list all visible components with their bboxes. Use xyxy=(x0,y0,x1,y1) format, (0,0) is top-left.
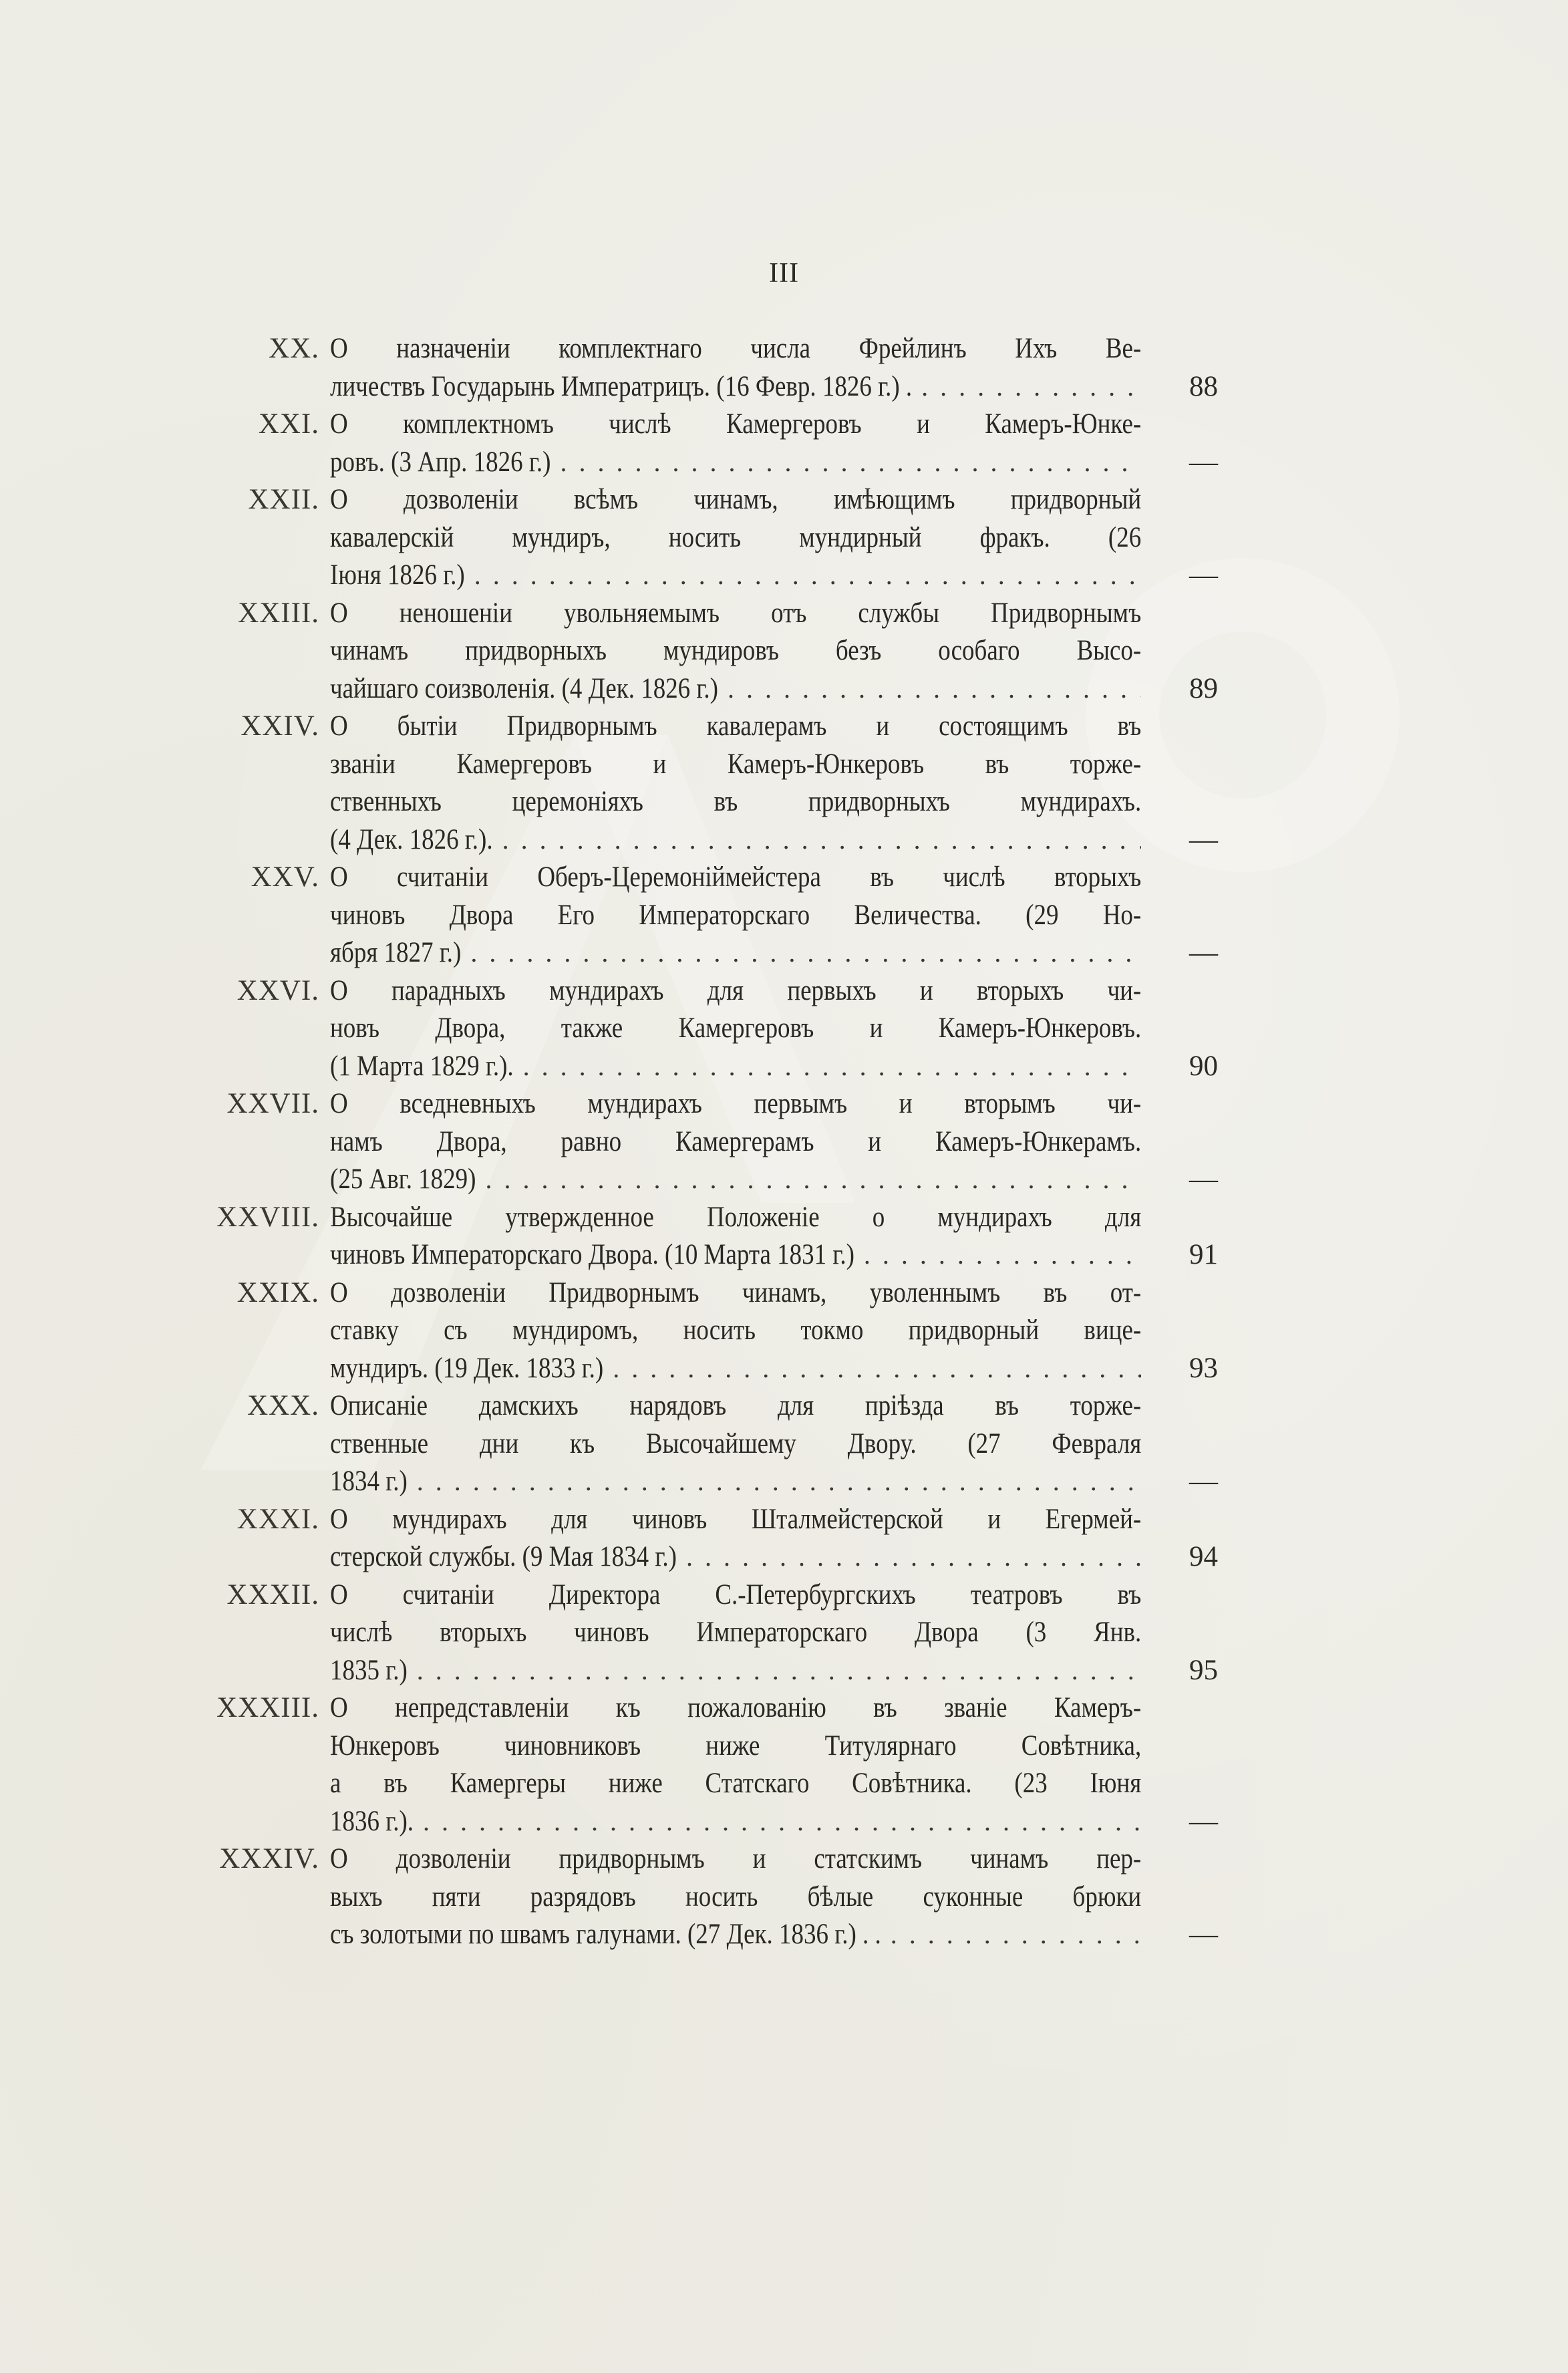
dot-leader: ..................................... xyxy=(474,557,1141,595)
toc-entry: XXXIII.О непредставленіи къ пожалованію … xyxy=(0,1689,1568,1840)
entry-title-line: О назначеніи комплектнаго числа Фрейлинъ… xyxy=(330,330,1141,368)
entry-title-line: О мундирахъ для чиновъ Шталмейстерской и… xyxy=(330,1501,1141,1539)
entry-title-line: Юнкеровъ чиновниковъ ниже Титулярнаго Со… xyxy=(330,1727,1141,1766)
entry-title-text: Описаніе дамскихъ нарядовъ для пріѣзда в… xyxy=(330,1387,1141,1425)
entry-page-number: 88 xyxy=(1189,368,1243,406)
entry-title-text: ровъ. (3 Апр. 1826 г.) xyxy=(330,444,551,482)
entry-title-text: стерской службы. (9 Мая 1834 г.) xyxy=(330,1538,677,1576)
dot-leader: ........................................ xyxy=(417,1652,1141,1690)
toc-entry: XXVI.О парадныхъ мундирахъ для первыхъ и… xyxy=(0,972,1568,1086)
entry-title-last-line: стерской службы. (9 Мая 1834 г.)........… xyxy=(330,1538,1141,1576)
entry-page-number: 89 xyxy=(1189,670,1243,708)
toc-entry: XXIII.О неношеніи увольняемымъ отъ служб… xyxy=(0,595,1568,708)
entry-title: Высочайше утвержденное Положеніе о мунди… xyxy=(330,1199,1141,1274)
entry-title-line: чинамъ придворныхъ мундировъ безъ особаг… xyxy=(330,632,1141,670)
entry-title-text: О дозволеніи придворнымъ и статскимъ чин… xyxy=(330,1840,1141,1878)
entry-page-number: — xyxy=(1189,1463,1243,1501)
book-page: III XX.О назначеніи комплектнаго числа Ф… xyxy=(0,0,1568,2373)
entry-title-last-line: (25 Авг. 1829)..........................… xyxy=(330,1161,1141,1199)
entry-title-text: мундиръ. (19 Дек. 1833 г.) xyxy=(330,1350,603,1388)
entry-title-line: О парадныхъ мундирахъ для первыхъ и втор… xyxy=(330,972,1141,1010)
toc-entry: XXIX.О дозволеніи Придворнымъ чинамъ, ув… xyxy=(0,1274,1568,1388)
entry-page-number: — xyxy=(1189,1161,1243,1199)
entry-numeral: XXV. xyxy=(0,859,319,897)
entry-numeral: XXII. xyxy=(0,481,319,519)
entry-title-text: (4 Дек. 1826 г.). xyxy=(330,821,493,859)
entry-title-text: а въ Камергеры ниже Статскаго Совѣтника.… xyxy=(330,1765,1141,1803)
entry-title-text: выхъ пяти разрядовъ носить бѣлые суконны… xyxy=(330,1878,1141,1917)
entry-title-text: (1 Марта 1829 г.). xyxy=(330,1048,514,1086)
entry-title-text: О вседневныхъ мундирахъ первымъ и вторым… xyxy=(330,1085,1141,1123)
entry-numeral: XXX. xyxy=(0,1387,319,1425)
dot-leader: ..................................... xyxy=(485,1161,1141,1199)
dot-leader: ................................... xyxy=(523,1048,1141,1086)
entry-title-last-line: Іюня 1826 г.)...........................… xyxy=(330,557,1141,595)
entry-title-line: О дозволеніи всѣмъ чинамъ, имѣющимъ прид… xyxy=(330,481,1141,519)
entry-title-text: О мундирахъ для чиновъ Шталмейстерской и… xyxy=(330,1501,1141,1539)
entry-title-text: О дозволеніи Придворнымъ чинамъ, уволенн… xyxy=(330,1274,1141,1312)
entry-title-line: ственные дни къ Высочайшему Двору. (27 Ф… xyxy=(330,1425,1141,1463)
toc-entry: XXXIV.О дозволеніи придворнымъ и статски… xyxy=(0,1840,1568,1954)
entry-page-number: — xyxy=(1189,1916,1243,1954)
entry-numeral: XXVI. xyxy=(0,972,319,1010)
entry-title-text: Юнкеровъ чиновниковъ ниже Титулярнаго Со… xyxy=(330,1727,1141,1766)
entry-title-text: (25 Авг. 1829) xyxy=(330,1161,476,1199)
entry-title-text: чиновъ Императорскаго Двора. (10 Марта 1… xyxy=(330,1236,854,1274)
entry-title-line: чиновъ Двора Его Императорскаго Величест… xyxy=(330,897,1141,935)
entry-title-text: О неношеніи увольняемымъ отъ службы Прид… xyxy=(330,595,1141,633)
entry-title-line: ставку съ мундиромъ, носить токмо придво… xyxy=(330,1312,1141,1350)
toc-entry: XX.О назначеніи комплектнаго числа Фрейл… xyxy=(0,330,1568,406)
entry-title-text: О непредставленіи къ пожалованію въ зван… xyxy=(330,1689,1141,1727)
entry-title-text: кавалерскій мундиръ, носить мундирный фр… xyxy=(330,519,1141,557)
entry-title-text: О парадныхъ мундирахъ для первыхъ и втор… xyxy=(330,972,1141,1010)
entry-title: О непредставленіи къ пожалованію въ зван… xyxy=(330,1689,1141,1840)
entry-title-last-line: ровъ. (3 Апр. 1826 г.)..................… xyxy=(330,444,1141,482)
entry-title: О бытіи Придворнымъ кавалерамъ и состоящ… xyxy=(330,708,1141,859)
entry-page-number: — xyxy=(1189,1803,1243,1841)
entry-title-line: О дозволеніи Придворнымъ чинамъ, уволенн… xyxy=(330,1274,1141,1312)
entry-title-text: О комплектномъ числѣ Камергеровъ и Камер… xyxy=(330,406,1141,444)
entry-title-line: намъ Двора, равно Камергерамъ и Камеръ-Ю… xyxy=(330,1123,1141,1161)
entry-title-text: ября 1827 г.) xyxy=(330,934,461,972)
table-of-contents: XX.О назначеніи комплектнаго числа Фрейл… xyxy=(0,330,1568,1954)
entry-title-text: ставку съ мундиромъ, носить токмо придво… xyxy=(330,1312,1141,1350)
entry-numeral: XXVII. xyxy=(0,1085,319,1123)
entry-title-text: Высочайше утвержденное Положеніе о мунди… xyxy=(330,1199,1141,1237)
entry-numeral: XXVIII. xyxy=(0,1199,319,1237)
entry-title-line: О комплектномъ числѣ Камергеровъ и Камер… xyxy=(330,406,1141,444)
toc-entry: XXXII.О считаніи Директора С.-Петербургс… xyxy=(0,1576,1568,1690)
dot-leader: .................................... xyxy=(502,821,1141,859)
entry-title-text: О считаніи Оберъ-Церемоніймейстера въ чи… xyxy=(330,859,1141,897)
entry-title-line: О считаніи Оберъ-Церемоніймейстера въ чи… xyxy=(330,859,1141,897)
entry-numeral: XXXI. xyxy=(0,1501,319,1539)
entry-title: О комплектномъ числѣ Камергеровъ и Камер… xyxy=(330,406,1141,481)
entry-title-line: ственныхъ церемоніяхъ въ придворныхъ мун… xyxy=(330,783,1141,821)
toc-entry: XXVIII.Высочайше утвержденное Положеніе … xyxy=(0,1199,1568,1274)
entry-title-text: ственные дни къ Высочайшему Двору. (27 Ф… xyxy=(330,1425,1141,1463)
entry-title: О мундирахъ для чиновъ Шталмейстерской и… xyxy=(330,1501,1141,1576)
entry-numeral: XX. xyxy=(0,330,319,368)
entry-title: О дозволеніи придворнымъ и статскимъ чин… xyxy=(330,1840,1141,1954)
entry-title-last-line: 1836 г.)................................… xyxy=(330,1803,1141,1841)
dot-leader: ........................................ xyxy=(417,1463,1141,1501)
entry-title: О считаніи Оберъ-Церемоніймейстера въ чи… xyxy=(330,859,1141,972)
entry-title: О считаніи Директора С.-Петербургскихъ т… xyxy=(330,1576,1141,1690)
entry-numeral: XXXII. xyxy=(0,1576,319,1615)
entry-title-text: чайшаго соизволенія. (4 Дек. 1826 г.) xyxy=(330,670,718,708)
dot-leader: ............... xyxy=(891,1916,1141,1954)
entry-title-text: О считаніи Директора С.-Петербургскихъ т… xyxy=(330,1576,1141,1615)
entry-page-number: 93 xyxy=(1189,1350,1243,1388)
entry-title-last-line: (1 Марта 1829 г.).......................… xyxy=(330,1048,1141,1086)
entry-numeral: XXI. xyxy=(0,406,319,444)
entry-title-text: званіи Камергеровъ и Камеръ-Юнкеровъ въ … xyxy=(330,746,1141,784)
entry-title-text: личествъ Государынь Императрицъ. (16 Фев… xyxy=(330,368,912,406)
entry-title-last-line: 1834 г.)................................… xyxy=(330,1463,1141,1501)
entry-title-last-line: съ золотыми по швамъ галунами. (27 Дек. … xyxy=(330,1916,1141,1954)
entry-title-text: числѣ вторыхъ чиновъ Императорскаго Двор… xyxy=(330,1614,1141,1652)
entry-title-last-line: мундиръ. (19 Дек. 1833 г.)..............… xyxy=(330,1350,1141,1388)
entry-title-last-line: чиновъ Императорскаго Двора. (10 Марта 1… xyxy=(330,1236,1141,1274)
dot-leader: .......................... xyxy=(686,1538,1141,1576)
entry-page-number: — xyxy=(1189,557,1243,595)
toc-entry: XXVII.О вседневныхъ мундирахъ первымъ и … xyxy=(0,1085,1568,1199)
entry-page-number: — xyxy=(1189,934,1243,972)
toc-entry: XXII.О дозволеніи всѣмъ чинамъ, имѣющимъ… xyxy=(0,481,1568,595)
entry-title: О дозволеніи Придворнымъ чинамъ, уволенн… xyxy=(330,1274,1141,1388)
entry-title-line: числѣ вторыхъ чиновъ Императорскаго Двор… xyxy=(330,1614,1141,1652)
toc-entry: XXXI.О мундирахъ для чиновъ Шталмейстерс… xyxy=(0,1501,1568,1576)
entry-title-line: званіи Камергеровъ и Камеръ-Юнкеровъ въ … xyxy=(330,746,1141,784)
entry-title-text: намъ Двора, равно Камергерамъ и Камеръ-Ю… xyxy=(330,1123,1141,1161)
entry-title-last-line: личествъ Государынь Императрицъ. (16 Фев… xyxy=(330,368,1141,406)
entry-title-line: О неношеніи увольняемымъ отъ службы Прид… xyxy=(330,595,1141,633)
entry-title-text: 1836 г.). xyxy=(330,1803,414,1841)
dot-leader: ..................................... xyxy=(470,934,1141,972)
entry-page-number: 90 xyxy=(1189,1048,1243,1086)
entry-title-text: О бытіи Придворнымъ кавалерамъ и состоящ… xyxy=(330,708,1141,746)
entry-title-text: 1835 г.) xyxy=(330,1652,408,1690)
entry-title: О неношеніи увольняемымъ отъ службы Прид… xyxy=(330,595,1141,708)
toc-entry: XXIV.О бытіи Придворнымъ кавалерамъ и со… xyxy=(0,708,1568,859)
entry-page-number: — xyxy=(1189,821,1243,859)
entry-title-line: О считаніи Директора С.-Петербургскихъ т… xyxy=(330,1576,1141,1615)
entry-title-line: новъ Двора, также Камергеровъ и Камеръ-Ю… xyxy=(330,1010,1141,1048)
dot-leader: ........................................ xyxy=(423,1803,1141,1841)
entry-numeral: XXIX. xyxy=(0,1274,319,1312)
entry-title-line: а въ Камергеры ниже Статскаго Совѣтника.… xyxy=(330,1765,1141,1803)
entry-page-number: — xyxy=(1189,444,1243,482)
entry-title-line: кавалерскій мундиръ, носить мундирный фр… xyxy=(330,519,1141,557)
entry-title-line: выхъ пяти разрядовъ носить бѣлые суконны… xyxy=(330,1878,1141,1917)
entry-numeral: XXIV. xyxy=(0,708,319,746)
dot-leader: ............. xyxy=(921,368,1141,406)
entry-title: О парадныхъ мундирахъ для первыхъ и втор… xyxy=(330,972,1141,1086)
entry-title-text: съ золотыми по швамъ галунами. (27 Дек. … xyxy=(330,1916,881,1954)
entry-title: О назначеніи комплектнаго числа Фрейлинъ… xyxy=(330,330,1141,406)
toc-entry: XXI.О комплектномъ числѣ Камергеровъ и К… xyxy=(0,406,1568,481)
entry-numeral: XXXIV. xyxy=(0,1840,319,1878)
entry-title-text: 1834 г.) xyxy=(330,1463,408,1501)
entry-numeral: XXIII. xyxy=(0,595,319,633)
entry-title-text: О назначеніи комплектнаго числа Фрейлинъ… xyxy=(330,330,1141,368)
entry-title-line: О вседневныхъ мундирахъ первымъ и вторым… xyxy=(330,1085,1141,1123)
entry-title-text: чинамъ придворныхъ мундировъ безъ особаг… xyxy=(330,632,1141,670)
entry-page-number: 91 xyxy=(1189,1236,1243,1274)
entry-title: О дозволеніи всѣмъ чинамъ, имѣющимъ прид… xyxy=(330,481,1141,595)
entry-title-text: Іюня 1826 г.) xyxy=(330,557,465,595)
entry-title: О вседневныхъ мундирахъ первымъ и вторым… xyxy=(330,1085,1141,1199)
running-head-page-number: III xyxy=(0,257,1568,289)
entry-title-text: чиновъ Двора Его Императорскаго Величест… xyxy=(330,897,1141,935)
dot-leader: ........................ xyxy=(728,670,1141,708)
entry-title-last-line: 1835 г.)................................… xyxy=(330,1652,1141,1690)
dot-leader: .............................. xyxy=(613,1350,1141,1388)
entry-page-number: 94 xyxy=(1189,1538,1243,1576)
dot-leader: ................................. xyxy=(560,444,1141,482)
entry-title-line: О бытіи Придворнымъ кавалерамъ и состоящ… xyxy=(330,708,1141,746)
entry-title-line: О дозволеніи придворнымъ и статскимъ чин… xyxy=(330,1840,1141,1878)
toc-entry: XXV.О считаніи Оберъ-Церемоніймейстера в… xyxy=(0,859,1568,972)
dot-leader: ................ xyxy=(864,1236,1141,1274)
entry-title-text: О дозволеніи всѣмъ чинамъ, имѣющимъ прид… xyxy=(330,481,1141,519)
entry-title-line: О непредставленіи къ пожалованію въ зван… xyxy=(330,1689,1141,1727)
entry-title-last-line: ября 1827 г.)...........................… xyxy=(330,934,1141,972)
entry-numeral: XXXIII. xyxy=(0,1689,319,1727)
entry-title-line: Описаніе дамскихъ нарядовъ для пріѣзда в… xyxy=(330,1387,1141,1425)
entry-title-line: Высочайше утвержденное Положеніе о мунди… xyxy=(330,1199,1141,1237)
entry-page-number: 95 xyxy=(1189,1652,1243,1690)
entry-title-last-line: (4 Дек. 1826 г.)........................… xyxy=(330,821,1141,859)
entry-title-text: ственныхъ церемоніяхъ въ придворныхъ мун… xyxy=(330,783,1141,821)
entry-title-last-line: чайшаго соизволенія. (4 Дек. 1826 г.)...… xyxy=(330,670,1141,708)
toc-entry: XXX.Описаніе дамскихъ нарядовъ для пріѣз… xyxy=(0,1387,1568,1501)
entry-title: Описаніе дамскихъ нарядовъ для пріѣзда в… xyxy=(330,1387,1141,1501)
entry-title-text: новъ Двора, также Камергеровъ и Камеръ-Ю… xyxy=(330,1010,1141,1048)
